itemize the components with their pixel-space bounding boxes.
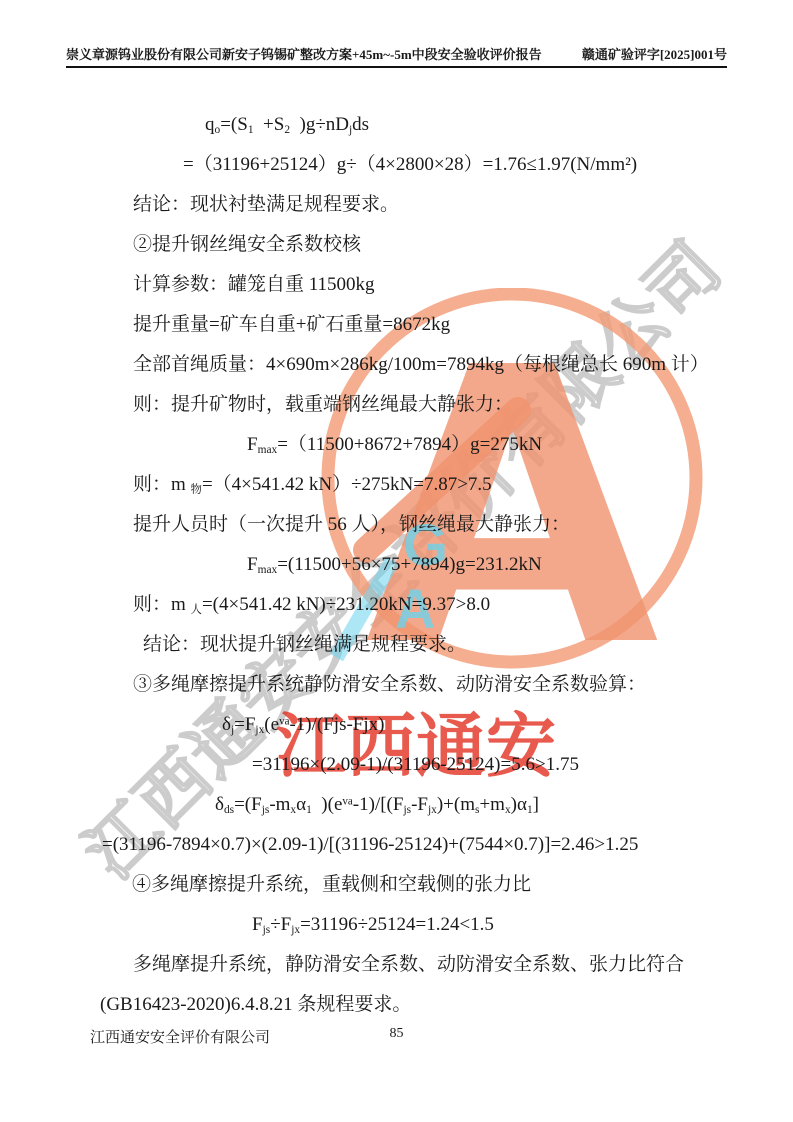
body-line: 全部首绳质量：4×690m×286kg/100m=7894kg（每根绳总长 69… (100, 345, 753, 385)
body-line: δj=Fjx(eva-1)/(Fjs-Fjx) (100, 705, 753, 745)
body-line: =31196×(2.09-1)/(31196-25124)=5.6>1.75 (100, 745, 753, 785)
body-line: 计算参数：罐笼自重 11500kg (100, 265, 753, 305)
body-line: Fmax=(11500+56×75+7894)g=231.2kN (100, 545, 753, 585)
page-number: 85 (0, 1026, 793, 1042)
body-line: ③多绳摩擦提升系统静防滑安全系数、动防滑安全系数验算： (100, 665, 753, 705)
document-page: 江西通安安全评价有限公司 A G A 江西通安 崇义章源钨业股份有限公司新安子钨… (0, 0, 793, 1122)
body-line: 结论：现状衬垫满足规程要求。 (100, 185, 753, 225)
body-line: 提升重量=矿车自重+矿石重量=8672kg (100, 305, 753, 345)
body-line: 则：m 物=（4×541.42 kN）÷275kN=7.87>7.5 (100, 465, 753, 505)
body-line: 则：m 人=(4×541.42 kN)÷231.20kN=9.37>8.0 (100, 585, 753, 625)
body-line: Fjs÷Fjx=31196÷25124=1.24<1.5 (100, 905, 753, 945)
body-line: 则：提升矿物时，载重端钢丝绳最大静张力： (100, 385, 753, 425)
document-body: qo=(S1 +S2 )g÷nDjds =（31196+25124）g÷（4×2… (100, 105, 753, 1025)
body-line: qo=(S1 +S2 )g÷nDjds (100, 105, 753, 145)
body-line: δds=(Fjs-mxα1 )(eva-1)/[(Fjs-Fjx)+(ms+mx… (100, 785, 753, 825)
header-title: 崇义章源钨业股份有限公司新安子钨锡矿整改方案+45m~-5m中段安全验收评价报告 (66, 44, 542, 63)
body-line: 提升人员时（一次提升 56 人），钢丝绳最大静张力： (100, 505, 753, 545)
body-line: ②提升钢丝绳安全系数校核 (100, 225, 753, 265)
body-line: 结论：现状提升钢丝绳满足规程要求。 (100, 625, 753, 665)
body-line: (GB16423-2020)6.4.8.21 条规程要求。 (100, 985, 753, 1025)
page-header: 崇义章源钨业股份有限公司新安子钨锡矿整改方案+45m~-5m中段安全验收评价报告… (66, 44, 727, 68)
body-line: 多绳摩提升系统，静防滑安全系数、动防滑安全系数、张力比符合 (100, 945, 753, 985)
body-line: ④多绳摩擦提升系统，重载侧和空载侧的张力比 (100, 865, 753, 905)
body-line: Fmax=（11500+8672+7894）g=275kN (100, 425, 753, 465)
body-line: =(31196-7894×0.7)×(2.09-1)/[(31196-25124… (100, 825, 753, 865)
header-report-number: 赣通矿验评字[2025]001号 (582, 44, 727, 63)
body-line: =（31196+25124）g÷（4×2800×28）=1.76≤1.97(N/… (100, 145, 753, 185)
